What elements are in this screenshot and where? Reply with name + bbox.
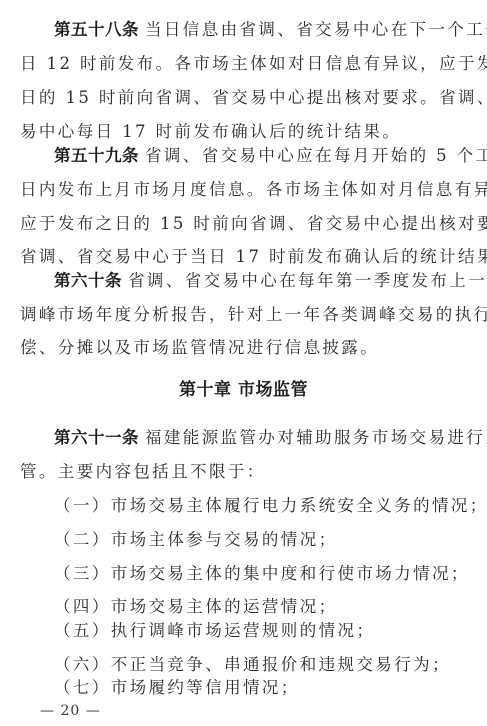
article-58-line: 日的 15 时前向省调、省交易中心提出核对要求。省调、省交 xyxy=(20,88,440,108)
list-item: （四）市场交易主体的运营情况； xyxy=(54,597,474,617)
list-item: （二）市场主体参与交易的情况； xyxy=(54,530,474,550)
list-item: （七）市场履约等信用情况； xyxy=(54,678,474,698)
article-60-first-line: 第六十条省调、省交易中心在每年第一季度发布上一年 xyxy=(54,271,440,291)
list-item: （五）执行调峰市场运营规则的情况； xyxy=(54,621,474,641)
article-59-line: 日内发布上月市场月度信息。各市场主体如对月信息有异议， xyxy=(20,180,440,200)
article-60-label: 第六十条 xyxy=(54,271,122,290)
article-61-label: 第六十一条 xyxy=(54,428,139,447)
article-58-first-line: 第五十八条当日信息由省调、省交易中心在下一个工作 xyxy=(54,20,440,40)
list-item: （三）市场交易主体的集中度和行使市场力情况； xyxy=(54,564,474,584)
list-item: （一）市场交易主体履行电力系统安全义务的情况； xyxy=(54,496,474,516)
article-58-line: 易中心每日 17 时前发布确认后的统计结果。 xyxy=(20,122,440,142)
list-item: （六）不正当竞争、串通报价和违规交易行为； xyxy=(54,655,474,675)
article-59-line: 应于发布之日的 15 时前向省调、省交易中心提出核对要求。 xyxy=(20,214,440,234)
article-59-label: 第五十九条 xyxy=(54,146,139,165)
article-58-label: 第五十八条 xyxy=(54,20,139,39)
article-60-line: 调峰市场年度分析报告，针对上一年各类调峰交易的执行、补 xyxy=(20,305,440,325)
article-59-first-line: 第五十九条省调、省交易中心应在每月开始的 5 个工作 xyxy=(54,146,440,166)
article-61-first-line: 第六十一条福建能源监管办对辅助服务市场交易进行监 xyxy=(54,428,440,448)
article-61-line: 管。主要内容包括且不限于： xyxy=(20,462,440,482)
chapter-heading: 第十章 市场监管 xyxy=(0,375,487,400)
page-number: — 20 — xyxy=(40,703,101,719)
article-58-line: 日 12 时前发布。各市场主体如对日信息有异议，应于发布之 xyxy=(20,54,440,74)
document-page: 第五十八条当日信息由省调、省交易中心在下一个工作 日 12 时前发布。各市场主体… xyxy=(0,0,487,726)
article-59-line: 省调、省交易中心于当日 17 时前发布确认后的统计结果。 xyxy=(20,247,440,267)
article-60-line: 偿、分摊以及市场监管情况进行信息披露。 xyxy=(20,338,440,358)
